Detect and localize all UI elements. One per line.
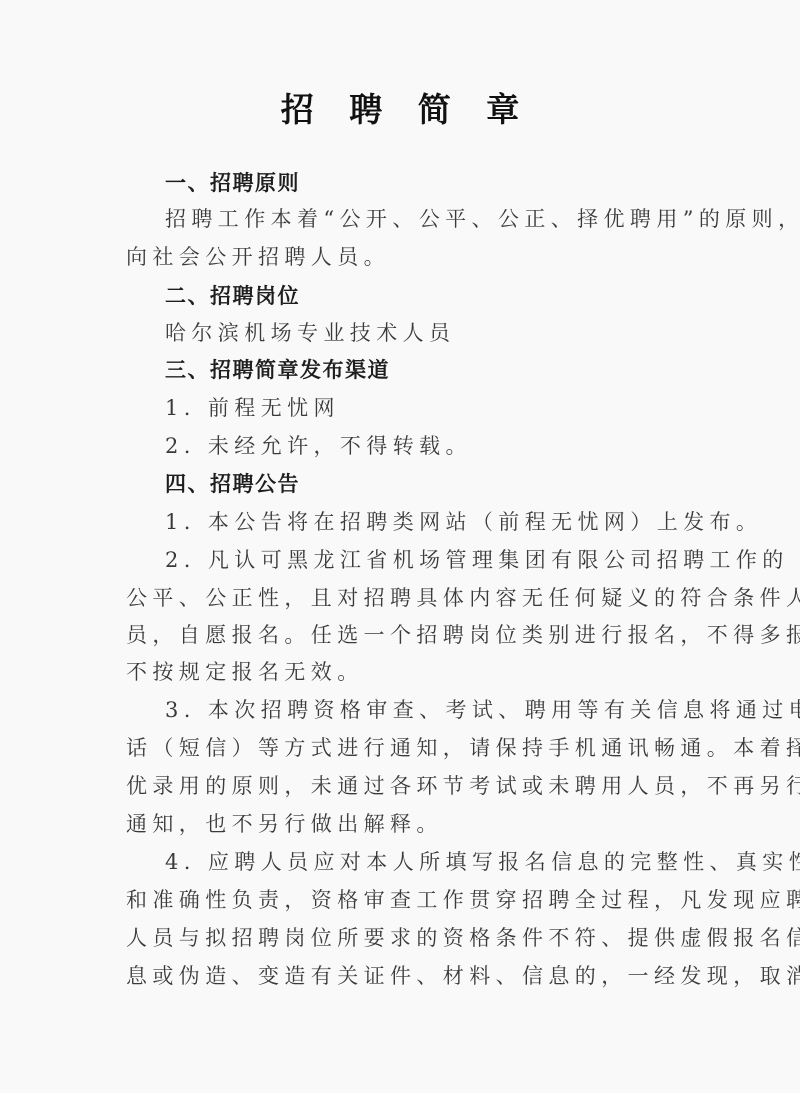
page-title: 招 聘 简 章 [0, 84, 800, 131]
section-heading-positions: 二、招聘岗位 [165, 281, 725, 311]
document-page: 招 聘 简 章 一、招聘原则 招聘工作本着“公开、公平、公正、择优聘用”的原则，… [0, 0, 800, 1093]
paragraph-line: 向社会公开招聘人员。 [126, 242, 686, 272]
paragraph-line: 员，自愿报名。任选一个招聘岗位类别进行报名，不得多报， [126, 620, 686, 650]
paragraph-line: 2. 凡认可黑龙江省机场管理集团有限公司招聘工作的 [165, 545, 725, 575]
paragraph-line: 哈尔滨机场专业技术人员 [165, 318, 725, 348]
title-char: 聘 [349, 84, 382, 131]
paragraph-line: 不按规定报名无效。 [126, 657, 686, 687]
paragraph-line: 通知，也不另行做出解释。 [126, 809, 686, 839]
paragraph-line: 和准确性负责，资格审查工作贯穿招聘全过程，凡发现应聘 [126, 885, 686, 915]
paragraph-line: 公平、公正性，且对招聘具体内容无任何疑义的符合条件人 [126, 583, 686, 613]
title-char: 简 [418, 84, 451, 131]
paragraph-line: 话（短信）等方式进行通知，请保持手机通讯畅通。本着择 [126, 733, 686, 763]
title-char: 章 [486, 84, 519, 131]
paragraph-line: 3. 本次招聘资格审查、考试、聘用等有关信息将通过电 [165, 695, 725, 725]
paragraph-line: 息或伪造、变造有关证件、材料、信息的，一经发现，取消 [126, 961, 686, 991]
section-heading-principles: 一、招聘原则 [165, 168, 725, 198]
section-heading-channels: 三、招聘简章发布渠道 [165, 355, 725, 385]
paragraph-line: 人员与拟招聘岗位所要求的资格条件不符、提供虚假报名信 [126, 923, 686, 953]
paragraph-line: 4. 应聘人员应对本人所填写报名信息的完整性、真实性 [165, 847, 725, 877]
list-item: 2. 未经允许，不得转载。 [165, 431, 725, 461]
paragraph-line: 招聘工作本着“公开、公平、公正、择优聘用”的原则， [165, 204, 725, 234]
paragraph-line: 优录用的原则，未通过各环节考试或未聘用人员，不再另行 [126, 771, 686, 801]
list-item: 1. 前程无忧网 [165, 393, 725, 423]
paragraph-line: 1. 本公告将在招聘类网站（前程无忧网）上发布。 [165, 507, 725, 537]
section-heading-announcement: 四、招聘公告 [165, 469, 725, 499]
title-char: 招 [281, 84, 314, 131]
